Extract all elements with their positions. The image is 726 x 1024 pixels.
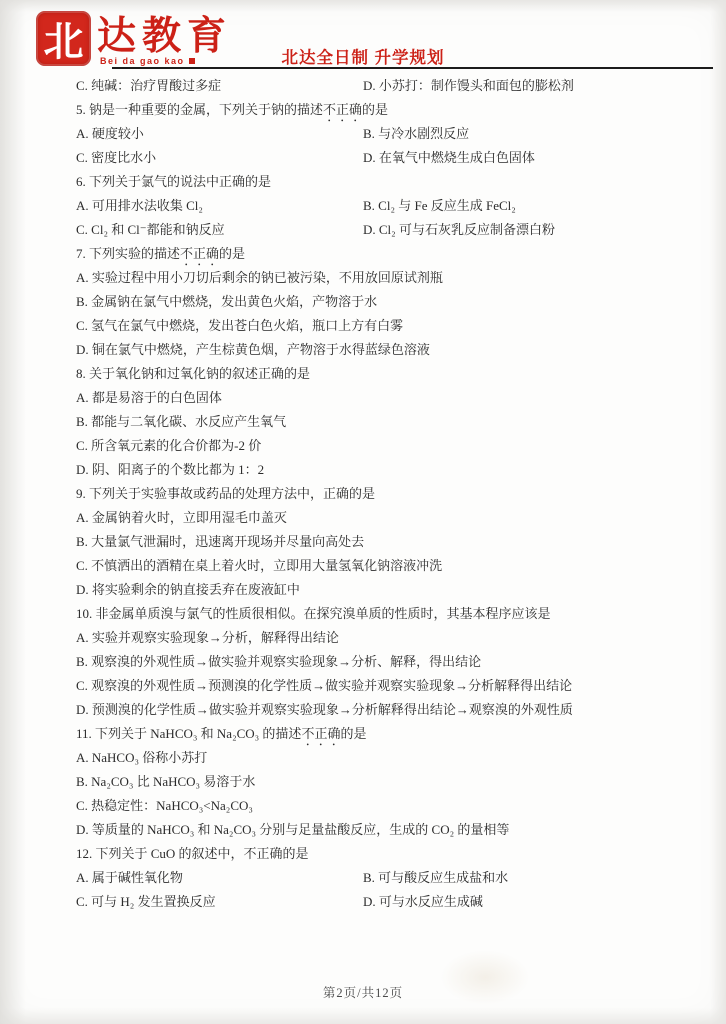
line-text: D. 等质量的 NaHCO₃ 和 Na₂CO₃ 分别与足量盐酸反应，生成的 CO… [76,818,509,842]
text-segment: C. 可与 H₂ 发生置换反应 [76,894,216,909]
line-text: D. 预测溴的化学性质→做实验并观察实验现象→分析解释得出结论→观察溴的外观性质 [76,698,573,722]
line-text: 6. 下列关于氯气的说法中正确的是 [76,170,271,194]
line-text: C. 纯碱：治疗胃酸过多症 [76,74,221,98]
text-segment: B. 观察溴的外观性质→做实验并观察实验现象→分析、解释，得出结论 [76,654,481,669]
text-segment: D. 等质量的 NaHCO₃ 和 Na₂CO₃ 分别与足量盐酸反应，生成的 CO… [76,822,509,837]
text-segment: 7. 下列实验的描述 [76,246,180,261]
text-segment: B. Na₂CO₃ 比 NaHCO₃ 易溶于水 [76,774,255,789]
line-text: C. 密度比水小 [76,146,156,170]
line-text: B. Cl₂ 与 Fe 反应生成 FeCl₂ [363,194,516,218]
text-segment: A. 都是易溶于的白色固体 [76,390,222,405]
text-segment: D. 在氧气中燃烧生成白色固体 [363,150,535,165]
text-segment: 的是 [362,102,388,117]
text-segment: C. 不慎洒出的酒精在桌上着火时，立即用大量氢氧化钠溶液冲洗 [76,558,442,573]
text-segment: 8. 关于氧化钠和过氧化钠的叙述正确的是 [76,366,310,381]
text-line: 9. 下列关于实验事故或药品的处理方法中，正确的是 [76,482,718,506]
line-text: 12. 下列关于 CuO 的叙述中，不正确的是 [76,842,309,866]
text-segment: A. 属于碱性氧化物 [76,870,183,885]
line-text: C. 所含氧元素的化合价都为-2 价 [76,434,261,458]
text-line: 8. 关于氧化钠和过氧化钠的叙述正确的是 [76,362,718,386]
text-segment: D. Cl₂ 可与石灰乳反应制备漂白粉 [363,222,555,237]
line-text: A. 硬度较小 [76,122,144,146]
text-segment: 12. 下列关于 CuO 的叙述中，不正确的是 [76,846,309,861]
text-line: B. Na₂CO₃ 比 NaHCO₃ 易溶于水 [76,770,718,794]
text-segment: B. 与冷水剧烈反应 [363,126,469,141]
text-line: A. NaHCO₃ 俗称小苏打 [76,746,718,770]
text-segment: C. 密度比水小 [76,150,156,165]
text-line: B. 大量氯气泄漏时，迅速离开现场并尽量向高处去 [76,530,718,554]
line-text: 7. 下列实验的描述不正确的是 [76,242,245,269]
text-line: A. 实验并观察实验现象→分析，解释得出结论 [76,626,718,650]
text-segment: A. NaHCO₃ 俗称小苏打 [76,750,207,765]
text-line: C. 氢气在氯气中燃烧，发出苍白色火焰，瓶口上方有白雾 [76,314,718,338]
line-text: B. Na₂CO₃ 比 NaHCO₃ 易溶于水 [76,770,255,794]
text-line: A. 实验过程中用小刀切后剩余的钠已被污染，不用放回原试剂瓶 [76,266,718,290]
text-line: A. 可用排水法收集 Cl₂B. Cl₂ 与 Fe 反应生成 FeCl₂ [76,194,718,218]
scanned-exam-page: 北 达教育 Bei da gao kao 北达全日制 升学规划 C. 纯碱：治疗… [0,0,726,1024]
line-text: A. 实验过程中用小刀切后剩余的钠已被污染，不用放回原试剂瓶 [76,266,443,290]
line-text: 9. 下列关于实验事故或药品的处理方法中，正确的是 [76,482,375,506]
text-line: 6. 下列关于氯气的说法中正确的是 [76,170,718,194]
text-segment: B. 都能与二氧化碳、水反应产生氧气 [76,414,286,429]
line-text: A. 都是易溶于的白色固体 [76,386,222,410]
text-segment: 5. 钠是一种重要的金属，下列关于钠的描述 [76,102,323,117]
text-line: D. 阴、阳离子的个数比都为 1：2 [76,458,718,482]
text-line: A. 都是易溶于的白色固体 [76,386,718,410]
text-segment: D. 预测溴的化学性质→做实验并观察实验现象→分析解释得出结论→观察溴的外观性质 [76,702,573,717]
text-line: B. 金属钠在氯气中燃烧，发出黄色火焰，产物溶于水 [76,290,718,314]
text-segment: C. 所含氧元素的化合价都为-2 价 [76,438,261,453]
text-segment: D. 可与水反应生成碱 [363,894,483,909]
text-segment: C. 氢气在氯气中燃烧，发出苍白色火焰，瓶口上方有白雾 [76,318,403,333]
text-line: A. 金属钠着火时，立即用湿毛巾盖灭 [76,506,718,530]
text-segment: D. 阴、阳离子的个数比都为 1：2 [76,462,264,477]
line-text: C. 氢气在氯气中燃烧，发出苍白色火焰，瓶口上方有白雾 [76,314,403,338]
emphasized-text: 不正确 [301,726,340,741]
line-text: 8. 关于氧化钠和过氧化钠的叙述正确的是 [76,362,310,386]
emphasized-text: 不正确 [323,102,362,117]
content: C. 纯碱：治疗胃酸过多症D. 小苏打：制作馒头和面包的膨松剂5. 钠是一种重要… [76,74,718,914]
text-line: C. 观察溴的外观性质→预测溴的化学性质→做实验并观察实验现象→分析解释得出结论 [76,674,718,698]
line-text: 10. 非金属单质溴与氯气的性质很相似。在探究溴单质的性质时，其基本程序应该是 [76,602,551,626]
line-text: C. Cl₂ 和 Cl⁻都能和钠反应 [76,218,225,242]
line-text: D. Cl₂ 可与石灰乳反应制备漂白粉 [363,218,555,242]
line-text: A. 可用排水法收集 Cl₂ [76,194,203,218]
text-line: C. Cl₂ 和 Cl⁻都能和钠反应D. Cl₂ 可与石灰乳反应制备漂白粉 [76,218,718,242]
line-text: A. 实验并观察实验现象→分析，解释得出结论 [76,626,339,650]
text-segment: 10. 非金属单质溴与氯气的性质很相似。在探究溴单质的性质时，其基本程序应该是 [76,606,551,621]
text-segment: A. 硬度较小 [76,126,144,141]
text-line: 5. 钠是一种重要的金属，下列关于钠的描述不正确的是 [76,98,718,122]
text-line: 12. 下列关于 CuO 的叙述中，不正确的是 [76,842,718,866]
line-text: C. 不慎洒出的酒精在桌上着火时，立即用大量氢氧化钠溶液冲洗 [76,554,442,578]
text-segment: B. 金属钠在氯气中燃烧，发出黄色火焰，产物溶于水 [76,294,377,309]
text-line: C. 热稳定性：NaHCO₃<Na₂CO₃ [76,794,718,818]
line-text: 5. 钠是一种重要的金属，下列关于钠的描述不正确的是 [76,98,388,125]
text-segment: C. Cl₂ 和 Cl⁻都能和钠反应 [76,222,225,237]
line-text: A. 金属钠着火时，立即用湿毛巾盖灭 [76,506,287,530]
line-text: B. 大量氯气泄漏时，迅速离开现场并尽量向高处去 [76,530,364,554]
text-line: D. 将实验剩余的钠直接丢弃在废液缸中 [76,578,718,602]
text-line: D. 等质量的 NaHCO₃ 和 Na₂CO₃ 分别与足量盐酸反应，生成的 CO… [76,818,718,842]
line-text: D. 将实验剩余的钠直接丢弃在废液缸中 [76,578,300,602]
text-line: C. 不慎洒出的酒精在桌上着火时，立即用大量氢氧化钠溶液冲洗 [76,554,718,578]
text-line: C. 纯碱：治疗胃酸过多症D. 小苏打：制作馒头和面包的膨松剂 [76,74,718,98]
text-segment: 9. 下列关于实验事故或药品的处理方法中，正确的是 [76,486,375,501]
line-text: D. 铜在氯气中燃烧，产生棕黄色烟，产物溶于水得蓝绿色溶液 [76,338,430,362]
text-line: C. 所含氧元素的化合价都为-2 价 [76,434,718,458]
text-line: C. 可与 H₂ 发生置换反应D. 可与水反应生成碱 [76,890,718,914]
text-segment: C. 纯碱：治疗胃酸过多症 [76,78,221,93]
line-text: D. 在氧气中燃烧生成白色固体 [363,146,535,170]
text-line: 10. 非金属单质溴与氯气的性质很相似。在探究溴单质的性质时，其基本程序应该是 [76,602,718,626]
text-segment: A. 实验并观察实验现象→分析，解释得出结论 [76,630,339,645]
text-line: B. 都能与二氧化碳、水反应产生氧气 [76,410,718,434]
text-segment: C. 观察溴的外观性质→预测溴的化学性质→做实验并观察实验现象→分析解释得出结论 [76,678,572,693]
text-line: B. 观察溴的外观性质→做实验并观察实验现象→分析、解释，得出结论 [76,650,718,674]
line-text: B. 都能与二氧化碳、水反应产生氧气 [76,410,286,434]
text-segment: D. 铜在氯气中燃烧，产生棕黄色烟，产物溶于水得蓝绿色溶液 [76,342,430,357]
text-segment: A. 金属钠着火时，立即用湿毛巾盖灭 [76,510,287,525]
line-text: 11. 下列关于 NaHCO₃ 和 Na₂CO₃ 的描述不正确的是 [76,722,366,749]
header-banner: 北达全日制 升学规划 [0,44,726,68]
text-line: D. 铜在氯气中燃烧，产生棕黄色烟，产物溶于水得蓝绿色溶液 [76,338,718,362]
text-segment: C. 热稳定性：NaHCO₃<Na₂CO₃ [76,798,253,813]
text-segment: B. Cl₂ 与 Fe 反应生成 FeCl₂ [363,198,516,213]
text-line: 11. 下列关于 NaHCO₃ 和 Na₂CO₃ 的描述不正确的是 [76,722,718,746]
text-line: A. 属于碱性氧化物B. 可与酸反应生成盐和水 [76,866,718,890]
line-text: A. NaHCO₃ 俗称小苏打 [76,746,207,770]
text-segment: B. 大量氯气泄漏时，迅速离开现场并尽量向高处去 [76,534,364,549]
text-segment: 的是 [219,246,245,261]
text-segment: 11. 下列关于 NaHCO₃ 和 Na₂CO₃ 的描述 [76,726,301,741]
text-line: D. 预测溴的化学性质→做实验并观察实验现象→分析解释得出结论→观察溴的外观性质 [76,698,718,722]
line-text: D. 可与水反应生成碱 [363,890,483,914]
line-text: C. 热稳定性：NaHCO₃<Na₂CO₃ [76,794,253,818]
text-segment: 6. 下列关于氯气的说法中正确的是 [76,174,271,189]
line-text: B. 与冷水剧烈反应 [363,122,469,146]
emphasized-text: 不正确 [180,246,219,261]
text-segment: A. 可用排水法收集 Cl₂ [76,198,203,213]
text-line: C. 密度比水小D. 在氧气中燃烧生成白色固体 [76,146,718,170]
text-segment: A. 实验过程中用小刀切后剩余的钠已被污染，不用放回原试剂瓶 [76,270,443,285]
line-text: B. 观察溴的外观性质→做实验并观察实验现象→分析、解释，得出结论 [76,650,481,674]
text-line: 7. 下列实验的描述不正确的是 [76,242,718,266]
line-text: A. 属于碱性氧化物 [76,866,183,890]
text-segment: D. 将实验剩余的钠直接丢弃在废液缸中 [76,582,300,597]
text-segment: B. 可与酸反应生成盐和水 [363,870,508,885]
line-text: D. 阴、阳离子的个数比都为 1：2 [76,458,264,482]
line-text: B. 可与酸反应生成盐和水 [363,866,508,890]
text-line: A. 硬度较小B. 与冷水剧烈反应 [76,122,718,146]
line-text: C. 观察溴的外观性质→预测溴的化学性质→做实验并观察实验现象→分析解释得出结论 [76,674,572,698]
text-segment: 的是 [340,726,366,741]
page-number: 第2页/共12页 [0,983,726,1001]
line-text: C. 可与 H₂ 发生置换反应 [76,890,216,914]
line-text: D. 小苏打：制作馒头和面包的膨松剂 [363,74,574,98]
line-text: B. 金属钠在氯气中燃烧，发出黄色火焰，产物溶于水 [76,290,377,314]
header-divider [112,67,713,69]
text-segment: D. 小苏打：制作馒头和面包的膨松剂 [363,78,574,93]
